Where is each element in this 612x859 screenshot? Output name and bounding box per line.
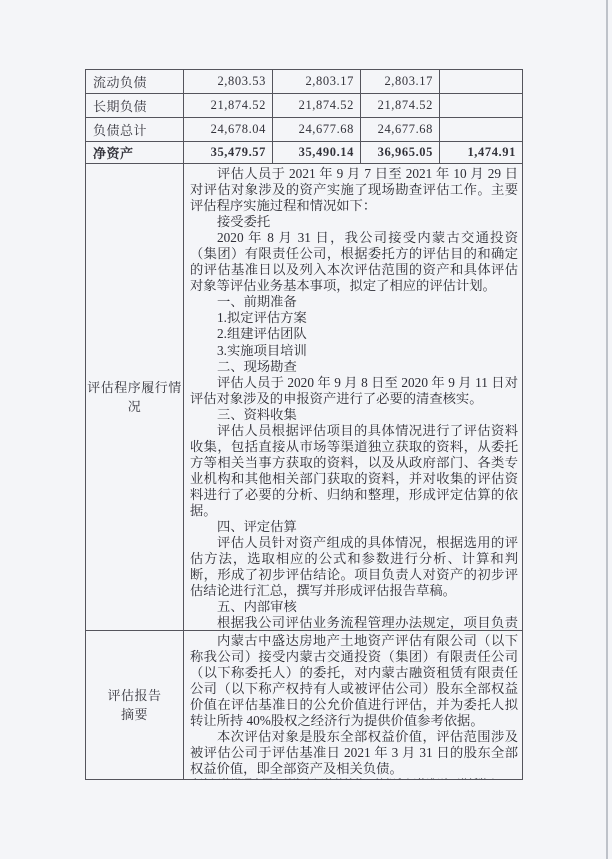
paragraph: 本次评估对象是股东全部权益价值，评估范围涉及被评估公司于评估基准日 2021 年… [190, 729, 518, 777]
paragraph: 一、前期准备 [190, 294, 518, 310]
value-cell: 24,678.04 [184, 118, 273, 141]
value-cell: 35,490.14 [273, 142, 361, 163]
section-summary: 评估报告摘要内蒙古中盛达房地产土地资产评估有限公司（以下称我公司）接受内蒙古交通… [86, 631, 522, 779]
paragraph: 内蒙古中盛达房地产土地资产评估有限公司（以下称我公司）接受内蒙古交通投资（集团）… [190, 633, 518, 729]
table-row: 净资产35,479.5735,490.1436,965.051,474.91 [86, 142, 522, 164]
value-cell: 36,965.05 [361, 142, 440, 163]
paragraph: 评估人员于 2020 年 9 月 8 日至 2020 年 9 月 11 日对评估… [190, 375, 518, 407]
table-row: 流动负债2,803.532,803.172,803.17 [86, 70, 522, 94]
value-cell: 21,874.52 [184, 94, 273, 117]
value-cell [440, 118, 522, 141]
section-text: 内蒙古中盛达房地产土地资产评估有限公司（以下称我公司）接受内蒙古交通投资（集团）… [184, 631, 522, 779]
table-row: 长期负债21,874.5221,874.5221,874.52 [86, 94, 522, 118]
value-cell: 2,803.17 [273, 70, 361, 93]
value-cell: 1,474.91 [440, 142, 522, 163]
section-label-line: 评估报告 [107, 686, 161, 705]
paragraph: 本次评估遵照中国有关资产评估的法律、法规和评估准则，遵循独立、 [190, 777, 518, 779]
value-cell: 24,677.68 [273, 118, 361, 141]
paragraph: 二、现场勘查 [190, 359, 518, 375]
value-cell: 35,479.57 [184, 142, 273, 163]
paragraph: 根据我公司评估业务流程管理办法规定，项目负责人在完成评估报告草稿一审后形成评估报… [190, 615, 518, 630]
report-sections: 评估程序履行情况评估人员于 2021 年 9 月 7 日至 2021 年 10 … [86, 164, 522, 779]
paragraph: 评估人员于 2021 年 9 月 7 日至 2021 年 10 月 29 日对评… [190, 166, 518, 214]
row-label: 长期负债 [86, 94, 184, 117]
paragraph: 评估人员根据评估项目的具体情况进行了评估资料收集，包括直接从市场等渠道独立获取的… [190, 423, 518, 519]
paragraph: 3.实施项目培训 [190, 343, 518, 359]
document-page: 流动负债2,803.532,803.172,803.17长期负债21,874.5… [0, 0, 612, 859]
paragraph: 五、内部审核 [190, 599, 518, 615]
paragraph: 接受委托 [190, 214, 518, 230]
paragraph: 1.拟定评估方案 [190, 310, 518, 326]
paragraph: 四、评定估算 [190, 519, 518, 535]
value-cell: 21,874.52 [361, 94, 440, 117]
row-label: 净资产 [86, 142, 184, 163]
table-row: 负债总计24,678.0424,677.6824,677.68 [86, 118, 522, 142]
section-label-line: 摘要 [121, 705, 148, 724]
paragraph: 2020 年 8 月 31 日，我公司接受内蒙古交通投资（集团）有限责任公司，根… [190, 230, 518, 294]
paragraph: 评估人员针对资产组成的具体情况，根据选用的评估方法，选取相应的公式和参数进行分析… [190, 535, 518, 599]
financial-rows: 流动负债2,803.532,803.172,803.17长期负债21,874.5… [86, 70, 522, 164]
value-cell: 2,803.17 [361, 70, 440, 93]
value-cell: 2,803.53 [184, 70, 273, 93]
value-cell [440, 94, 522, 117]
section-procedure: 评估程序履行情况评估人员于 2021 年 9 月 7 日至 2021 年 10 … [86, 164, 522, 631]
row-label: 负债总计 [86, 118, 184, 141]
scan-edge-line [606, 0, 608, 859]
value-cell [440, 70, 522, 93]
section-label: 评估程序履行情况 [86, 164, 184, 630]
value-cell: 21,874.52 [273, 94, 361, 117]
row-label: 流动负债 [86, 70, 184, 93]
section-label-line: 评估程序履行情 [87, 378, 182, 397]
value-cell: 24,677.68 [361, 118, 440, 141]
valuation-summary-table: 流动负债2,803.532,803.172,803.17长期负债21,874.5… [85, 69, 523, 780]
section-label-line: 况 [128, 397, 142, 416]
paragraph: 三、资料收集 [190, 407, 518, 423]
paragraph: 2.组建评估团队 [190, 326, 518, 342]
section-label: 评估报告摘要 [86, 631, 184, 779]
section-text: 评估人员于 2021 年 9 月 7 日至 2021 年 10 月 29 日对评… [184, 164, 522, 630]
